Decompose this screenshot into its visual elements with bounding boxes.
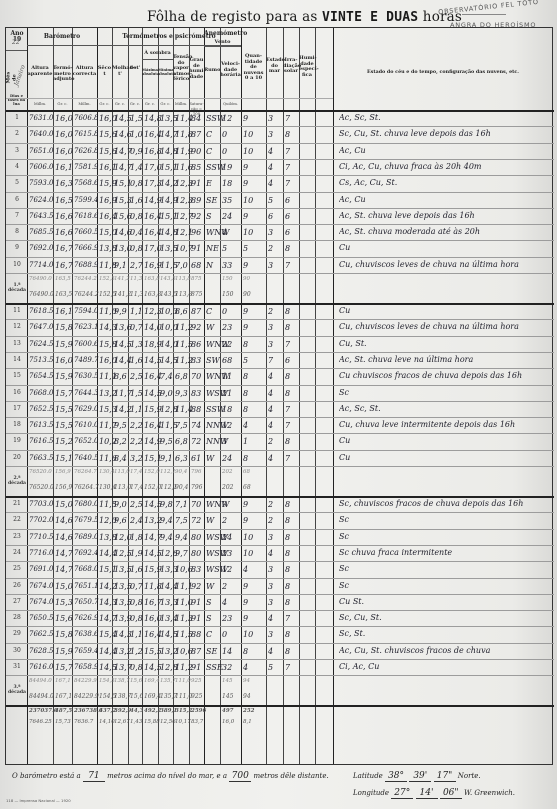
cell-min: 9,5 <box>160 437 173 446</box>
solar-radiation-header: Irra-diação solar <box>283 58 299 75</box>
vapor-pressure-header: Tensão do vapor atmos-férico <box>173 55 189 83</box>
day-number: 7 <box>10 212 24 219</box>
unit-label: Millm. <box>173 101 189 106</box>
sky-observation: Sc, St. <box>339 629 550 638</box>
dry-bulb-header: Sêco t <box>97 66 112 77</box>
cell-irr: 8 <box>285 516 290 525</box>
cell-gh-pencil: 796 <box>191 469 202 475</box>
wind-subheader: Vento <box>204 40 241 46</box>
day-number: 8 <box>10 228 24 235</box>
cell-rumo: NE <box>206 244 219 253</box>
cell-d: 0,8 <box>130 598 143 607</box>
cell-d: 1,4 <box>130 163 143 172</box>
cell-nuv: 10 <box>243 533 253 542</box>
cell-tm: 15,7 <box>55 663 73 672</box>
cell-gh: 92 <box>191 212 201 221</box>
sky-observation: Ac, St. chuva leve depois das 16h <box>339 211 550 220</box>
sky-observation: Ac, St. chuva moderada até às 20h <box>339 227 550 236</box>
day-number: 19 <box>10 437 24 444</box>
unit-label: Gr. c. <box>158 101 173 106</box>
cell-co: 7489.7 <box>74 356 99 364</box>
cell-tv: 7,0 <box>175 261 188 270</box>
cell-gh: 796 <box>191 484 202 491</box>
cell-vel: 202 <box>222 484 233 491</box>
cell-vel: 24 <box>222 212 232 221</box>
total-sum-ap: 237037.0 <box>29 708 58 714</box>
barometer-elevation-note: O barómetro está a 71 metros acima do ní… <box>12 771 329 782</box>
day-number: 27 <box>10 598 24 605</box>
sky-observation: Cu, St. <box>339 339 550 348</box>
day-number: 21 <box>10 500 24 507</box>
cell-irr: 8 <box>285 598 290 607</box>
cell-co: 7594.0 <box>74 307 99 315</box>
cell-ap: 7674.0 <box>29 582 54 590</box>
cell-nuv: 1 <box>243 437 248 446</box>
cell-tm: 16,5 <box>55 196 73 205</box>
cell-ap: 7716.0 <box>29 549 54 557</box>
cell-nuv: 4 <box>243 565 248 574</box>
cell-tm: 163,5 <box>55 291 72 298</box>
cell-vel-pencil: 150 <box>222 276 233 282</box>
cell-d: 1,5 <box>130 389 143 398</box>
total-sum-gh: 2596 <box>191 708 206 714</box>
total-sum-vel: 497 <box>222 708 233 714</box>
sky-observation: Sc, Cu, St. <box>339 613 550 622</box>
total-sum-nuv: 252 <box>243 708 254 714</box>
cell-tm: 15,0 <box>55 582 73 591</box>
cell-irr: 8 <box>285 549 290 558</box>
sky-observation: Cu, chuviscos leves de chuva na última h… <box>339 260 550 269</box>
cell-vel: 19 <box>222 163 232 172</box>
cell-ap: 7616.5 <box>29 437 54 445</box>
sky-observation: Sc, Cu, St. chuva leve depois das 16h <box>339 129 550 138</box>
cell-tm: 15,5 <box>55 421 73 430</box>
cell-ap: 7628.5 <box>29 647 54 655</box>
cell-vel: 0 <box>222 130 227 139</box>
cell-vel: 0 <box>222 147 227 156</box>
max-temp-header: Máxima absoluta <box>142 68 158 76</box>
cell-vel: 18 <box>222 179 232 188</box>
cell-nuv: 68 <box>243 484 251 491</box>
cell-mar: 3 <box>268 261 273 270</box>
cell-vel: 4 <box>222 228 227 237</box>
cell-co: 7599.4 <box>74 196 99 204</box>
cell-d-pencil: 15,6 <box>130 678 142 684</box>
cell-ap: 7650.5 <box>29 614 54 622</box>
cell-mar: 2 <box>268 500 273 509</box>
cell-co: 7638.6 <box>74 630 99 638</box>
cell-rumo: SW <box>206 356 220 365</box>
sea-state-header: Estado do mar <box>266 58 283 75</box>
cell-tm-pencil: 163,5 <box>55 276 71 282</box>
cell-d: 0,8 <box>130 179 143 188</box>
cell-ap: 7674.0 <box>29 598 54 606</box>
cell-nuv: 10 <box>243 228 253 237</box>
cell-mar: 3 <box>268 114 273 123</box>
cell-vel: 3 <box>222 437 227 446</box>
corrected-height-header: Altura correcta <box>72 66 97 77</box>
cell-d: 0,8 <box>130 244 143 253</box>
cell-co: 7679.5 <box>74 516 99 524</box>
cell-ap: 7593.0 <box>29 179 54 187</box>
cell-nuv: 94 <box>243 693 251 700</box>
cell-d: 1,1 <box>130 630 143 639</box>
cell-nuv: 4 <box>243 421 248 430</box>
cell-tm: 15,6 <box>55 614 73 623</box>
cell-irr: 6 <box>285 196 290 205</box>
cell-tm: 16,6 <box>55 212 73 221</box>
cell-vel: 23 <box>222 614 232 623</box>
cell-vel: 2 <box>222 582 227 591</box>
cell-irr: 8 <box>285 647 290 656</box>
cell-gh: 88 <box>191 630 201 639</box>
cell-ap: 76490.0 <box>29 291 54 298</box>
day-number: 31 <box>10 663 24 670</box>
cell-min: 9,0 <box>160 389 173 398</box>
cell-ap: 84494.0 <box>29 693 54 700</box>
cell-tm: 15,3 <box>55 598 73 607</box>
cell-ap: 7513.5 <box>29 356 54 364</box>
cell-nuv: 8 <box>243 454 248 463</box>
cell-rumo: SE <box>206 647 217 656</box>
cell-tv: 7,1 <box>175 500 188 509</box>
sky-observation: Ac, Cu <box>339 146 550 155</box>
cell-gh: 87 <box>191 130 201 139</box>
cell-gh: 91 <box>191 179 201 188</box>
cell-gh: 92 <box>191 582 201 591</box>
cell-tm: 15,1 <box>55 454 73 463</box>
cell-co: 7626.8 <box>74 147 99 155</box>
cell-vel: 32 <box>222 663 232 672</box>
day-number: 4 <box>10 163 24 170</box>
cell-co: 7644.3 <box>74 389 99 397</box>
cell-co: 7640.5 <box>74 454 99 462</box>
total-sum-max: 492,2 <box>144 708 161 714</box>
cell-gh: 91 <box>191 663 201 672</box>
day-number: 5 <box>10 179 24 186</box>
cell-tm: 16,1 <box>55 163 73 172</box>
cell-gh: 91 <box>191 614 201 623</box>
cell-irr: 8 <box>285 372 290 381</box>
day-number: 16 <box>10 389 24 396</box>
cell-mar: 3 <box>268 565 273 574</box>
moon-phase-label: Dias e fases da lua <box>6 94 27 107</box>
cell-co: 7630.5 <box>74 372 99 380</box>
attached-thermometer-header: Termó-metro adjunto <box>53 66 72 83</box>
cell-nuv: 9 <box>243 179 248 188</box>
cell-vel: 145 <box>222 693 233 700</box>
cell-mar: 4 <box>268 179 273 188</box>
total-sum-tm: 487,5 <box>55 708 72 714</box>
cell-mar: 4 <box>268 372 273 381</box>
cell-vel: 12 <box>222 114 232 123</box>
cell-rumo: SSE <box>206 663 223 672</box>
cell-ap: 7703.0 <box>29 500 54 508</box>
cell-irr: 8 <box>285 307 290 316</box>
cell-co-pencil: 76264.7 <box>74 469 97 475</box>
cell-tm: 16,0 <box>55 356 73 365</box>
day-number: 30 <box>10 647 24 654</box>
cell-gh: 86 <box>191 340 201 349</box>
cell-mar: 3 <box>268 323 273 332</box>
total-mean-d: 1,43 <box>130 719 142 725</box>
cell-rumo: W <box>206 454 214 463</box>
total-mean-co: 7636.7 <box>74 719 93 725</box>
cell-nuv: 10 <box>243 630 253 639</box>
day-number: 26 <box>10 582 24 589</box>
cell-rumo: C <box>206 147 212 156</box>
cell-irr: 8 <box>285 389 290 398</box>
sky-observation: Sc <box>339 515 550 524</box>
cell-vel: 5 <box>222 244 227 253</box>
longitude-line: Longitude 27° 14' 06" W. Greenwich. <box>353 788 515 799</box>
cell-nuv: 10 <box>243 196 253 205</box>
cell-s-pencil: 152,5 <box>99 276 115 282</box>
barometer-distance-value: 700 <box>229 771 251 782</box>
decade-label: 2.ª década <box>6 476 28 486</box>
cell-co: 7650.7 <box>74 598 99 606</box>
cell-min-pencil: 135,7 <box>160 678 176 684</box>
cell-tm: 16,6 <box>55 228 73 237</box>
cell-rumo: W <box>206 516 214 525</box>
cell-co: 7652.0 <box>74 437 99 445</box>
sky-observation: Cu <box>339 453 550 462</box>
sky-observation: Sc <box>339 564 550 573</box>
cell-irr: 6 <box>285 356 290 365</box>
cell-irr: 8 <box>285 500 290 509</box>
total-mean-nuv: 8,1 <box>243 719 252 725</box>
cell-gh: 89 <box>191 196 201 205</box>
cell-mar: 3 <box>268 598 273 607</box>
cell-irr: 7 <box>285 261 290 270</box>
register-sheet-page: Fôlha de registo para as VINTE E DUAS ho… <box>0 0 557 809</box>
cell-ap: 7647.0 <box>29 323 54 331</box>
cell-max: 169,4 <box>144 693 161 700</box>
cell-co: 84229.9 <box>74 693 99 700</box>
cell-m: 138,7 <box>114 693 131 700</box>
cell-d: 2,7 <box>130 261 143 270</box>
cell-vel: 12 <box>222 421 232 430</box>
cell-m: 8,4 <box>114 454 127 463</box>
day-number: 20 <box>10 454 24 461</box>
cell-rumo: S <box>206 212 211 221</box>
cell-gh: 83 <box>191 389 201 398</box>
cell-vel: 23 <box>222 323 232 332</box>
cell-s-pencil: 130,4 <box>99 469 115 475</box>
barometer-height-value: 71 <box>83 771 105 782</box>
total-mean-ap: 7646.25 <box>29 719 52 725</box>
cell-vel: 11 <box>222 372 232 381</box>
cell-ap: 7616.0 <box>29 663 54 671</box>
cell-tm: 14,7 <box>55 565 73 574</box>
cell-vel: 68 <box>222 356 232 365</box>
cell-irr: 8 <box>285 323 290 332</box>
cell-nuv: 8 <box>243 340 248 349</box>
cell-co: 7629.0 <box>74 405 99 413</box>
cell-d: 0,8 <box>130 663 143 672</box>
cell-d: 1,2 <box>130 647 143 656</box>
cell-vel: 23 <box>222 549 232 558</box>
cell-nuv: 9 <box>243 163 248 172</box>
cell-irr: 8 <box>285 244 290 253</box>
cell-ap: 7702.0 <box>29 516 54 524</box>
cell-co: 7668.0 <box>74 565 99 573</box>
cell-irr: 6 <box>285 212 290 221</box>
day-number: 10 <box>10 261 24 268</box>
cell-vel: 18 <box>222 405 232 414</box>
sky-observation: Ci, Ac, Cu <box>339 662 550 671</box>
decade-label: 3.ª década <box>6 685 28 695</box>
cell-irr: 8 <box>285 130 290 139</box>
cell-co: 76264.7 <box>74 484 99 491</box>
cell-vel: 0 <box>222 307 227 316</box>
cell-tv: 111,0 <box>175 693 192 700</box>
day-number: 18 <box>10 421 24 428</box>
cell-nuv: 9 <box>243 114 248 123</box>
cell-min-pencil: 112,1 <box>160 469 176 475</box>
cell-mar: 4 <box>268 549 273 558</box>
cell-co: 7689.0 <box>74 533 99 541</box>
cell-m-pencil: 141,2 <box>114 276 130 282</box>
cell-d: 1,0 <box>130 130 143 139</box>
cell-min: 9,1 <box>160 454 173 463</box>
cell-co: 7658.9 <box>74 663 99 671</box>
cell-ap: 7710.5 <box>29 533 54 541</box>
sky-observation: Cu <box>339 306 550 315</box>
anemometer-group-header: Anemómetro <box>204 31 241 37</box>
unit-label: Gr. c. <box>142 101 158 106</box>
sky-observation: Cu, chuviscos leves de chuva na última h… <box>339 322 550 331</box>
cell-ap: 7652.5 <box>29 405 54 413</box>
cell-nuv: 8 <box>243 647 248 656</box>
difference-header: t−t' <box>128 66 142 72</box>
cell-irr: 7 <box>285 163 290 172</box>
cell-co: 7626.9 <box>74 614 99 622</box>
total-mean-tm: 15,73 <box>55 719 71 725</box>
day-number: 29 <box>10 630 24 637</box>
cell-co: 7623.1 <box>74 323 99 331</box>
cell-vel: 33 <box>222 261 232 270</box>
day-number: 3 <box>10 147 24 154</box>
cell-mar: 4 <box>268 405 273 414</box>
cell-rumo: C <box>206 307 212 316</box>
cell-ap: 76520.0 <box>29 484 54 491</box>
cell-rumo: S <box>206 614 211 623</box>
cell-co: 7606.8 <box>74 114 99 122</box>
cell-mar: 3 <box>268 340 273 349</box>
cell-mar: 2 <box>268 437 273 446</box>
sky-observation: Sc chuva fraca intermitente <box>339 548 550 557</box>
cell-irr: 7 <box>285 663 290 672</box>
sky-observation: Ci, Ac, Cu, chuva fraca às 20h 40m <box>339 162 550 171</box>
cell-rumo: N <box>206 261 213 270</box>
cell-d: 1,9 <box>130 549 143 558</box>
cell-mar: 4 <box>268 421 273 430</box>
wet-bulb-header: Molhado t' <box>112 66 128 77</box>
sky-observation: Sc <box>339 581 550 590</box>
cell-nuv: 9 <box>243 516 248 525</box>
cell-ap: 7643.5 <box>29 212 54 220</box>
cell-d: 1,1 <box>130 405 143 414</box>
cell-tv: 7,5 <box>175 421 188 430</box>
cell-gh: 68 <box>191 261 201 270</box>
day-number: 12 <box>10 323 24 330</box>
cell-m: 9,0 <box>114 500 127 509</box>
day-number: 25 <box>10 565 24 572</box>
day-number: 17 <box>10 405 24 412</box>
cell-m: 9,5 <box>114 421 127 430</box>
row-rule <box>6 705 554 707</box>
month-value: Janeiro <box>13 64 27 87</box>
sky-observation: Cu <box>339 243 550 252</box>
cell-d: 1,5 <box>130 114 143 123</box>
sky-observation: Cs, Ac, Cu, St. <box>339 178 550 187</box>
cell-co: 7666.9 <box>74 244 99 252</box>
cell-tm-pencil: 167,1 <box>55 678 71 684</box>
cell-ap: 7714.0 <box>29 261 54 269</box>
cell-ap: 7624.5 <box>29 340 54 348</box>
cell-mar: 6 <box>268 212 273 221</box>
apparent-height-header: Altura aparente <box>27 66 53 77</box>
cell-gh: 72 <box>191 516 201 525</box>
sky-observation: Cu <box>339 436 550 445</box>
sky-observation: Ac, Cu <box>339 195 550 204</box>
cell-d: 11,3 <box>130 291 143 298</box>
cell-nuv: 9 <box>243 598 248 607</box>
cell-gh: 90 <box>191 147 201 156</box>
cell-d: 1,6 <box>130 196 143 205</box>
total-mean-m: 12,67 <box>114 719 130 725</box>
cell-tv: 6,8 <box>175 437 188 446</box>
cell-d: 1,6 <box>130 565 143 574</box>
cell-rumo: W <box>206 323 214 332</box>
cell-irr: 7 <box>285 179 290 188</box>
cell-nuv: 5 <box>243 244 248 253</box>
sky-state-header: Estado do céu e do tempo, configuração d… <box>333 70 553 76</box>
cell-vel: 9 <box>222 500 227 509</box>
cell-nuv: 9 <box>243 307 248 316</box>
cell-ap: 7624.0 <box>29 196 54 204</box>
cell-nuv: 9 <box>243 261 248 270</box>
unit-label: Gr. c. <box>53 101 72 106</box>
cell-co: 7659.4 <box>74 647 99 655</box>
cell-gh: 72 <box>191 437 201 446</box>
cell-vel: 35 <box>222 196 232 205</box>
cell-vel: 150 <box>222 291 233 298</box>
cell-d: 0,7 <box>130 582 143 591</box>
cell-tm: 15,9 <box>55 647 73 656</box>
cell-rumo: E <box>206 179 212 188</box>
unit-label: Gr. c. <box>128 101 142 106</box>
cell-ap: 7668.0 <box>29 389 54 397</box>
year-value: 22 <box>12 39 20 46</box>
cell-gh: 85 <box>191 163 201 172</box>
page-title: Fôlha de registo para as VINTE E DUAS ho… <box>147 9 462 25</box>
cell-ap-pencil: 84494.0 <box>29 678 52 684</box>
cell-nuv-pencil: 68 <box>243 469 250 475</box>
cell-m: 113,0 <box>114 484 131 491</box>
cell-irr: 8 <box>285 630 290 639</box>
unit-label: Millm. <box>27 101 53 106</box>
day-number: 2 <box>10 130 24 137</box>
cell-vel: 12 <box>222 565 232 574</box>
day-number: 9 <box>10 244 24 251</box>
cell-tm: 16,0 <box>55 114 73 123</box>
cell-vel: 14 <box>222 647 232 656</box>
cell-mar: 5 <box>268 196 273 205</box>
cell-ap: 7692.0 <box>29 244 54 252</box>
cell-tm: 15,2 <box>55 437 73 446</box>
